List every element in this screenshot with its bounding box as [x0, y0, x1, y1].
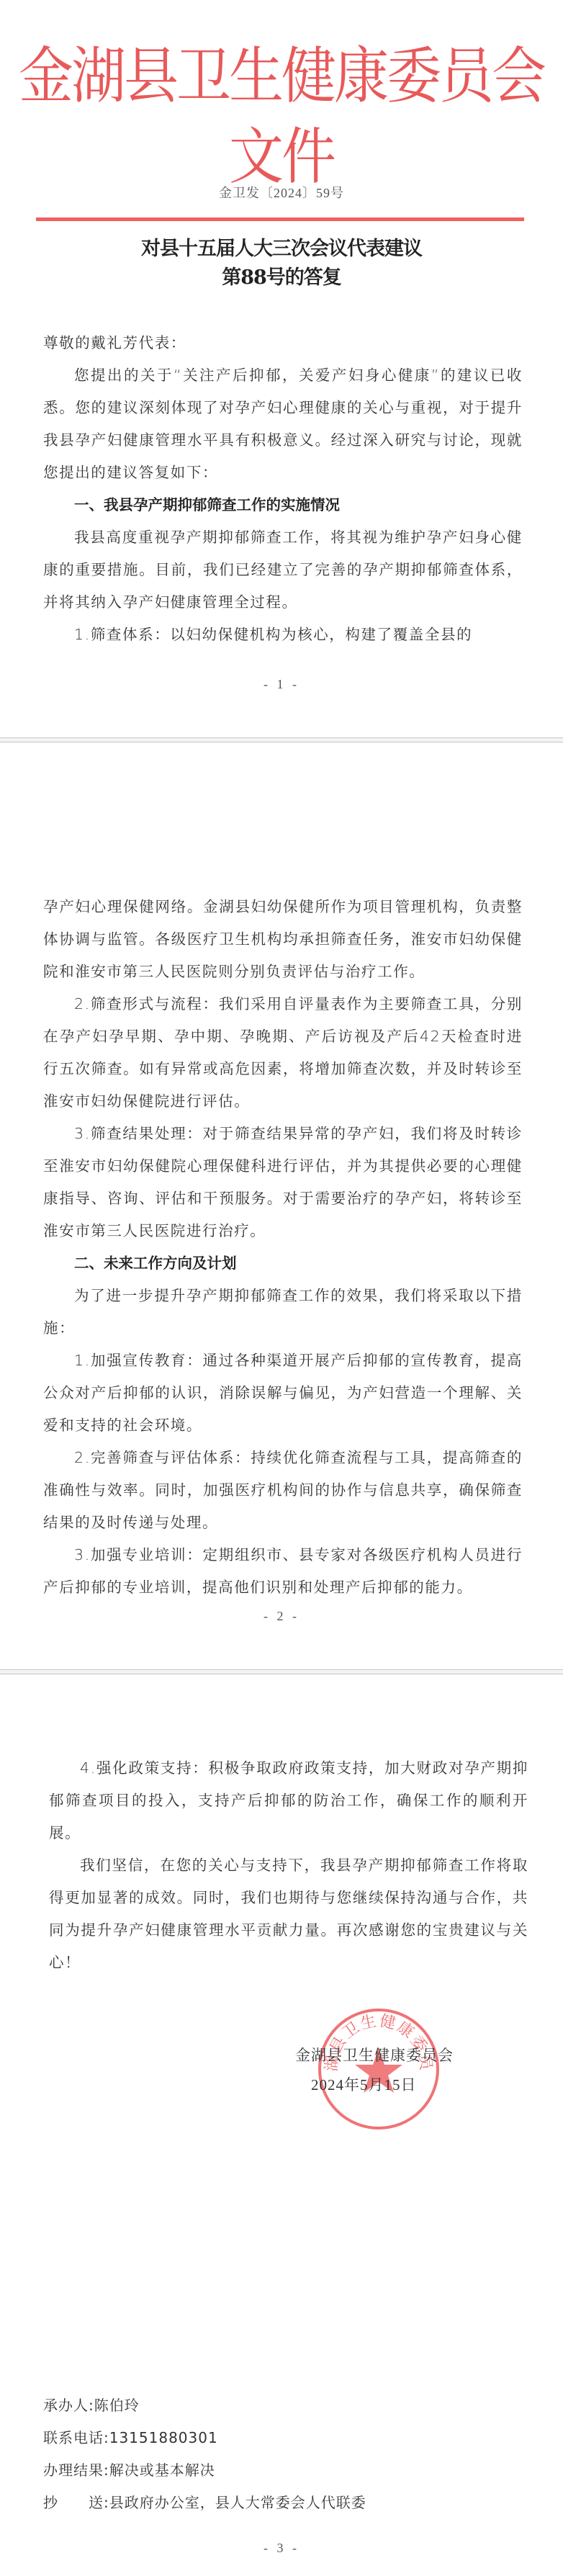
intro-paragraph: 您提出的关于“关注产后抑郁，关爱产妇身心健康”的建议已收悉。您的建议深刻体现了对…: [43, 359, 523, 489]
page-1-body: 尊敬的戴礼芳代表： 您提出的关于“关注产后抑郁，关爱产妇身心健康”的建议已收悉。…: [43, 327, 523, 651]
page-number-1: - 1 -: [0, 677, 563, 692]
subject-line-2: 第88号的答复: [0, 264, 563, 292]
section-2-intro: 为了进一步提升孕产期抑郁筛查工作的效果，我们将采取以下措施：: [43, 1280, 523, 1345]
official-seal-icon: 金湖县卫生健康委员会: [317, 2007, 441, 2131]
document-subject: 对县十五届人大三次会议代表建议 第88号的答复: [0, 235, 563, 292]
page-number-3: - 3 -: [0, 2541, 563, 2556]
page-separator: [0, 1669, 563, 1674]
section-1-heading: 一、我县孕产期抑郁筛查工作的实施情况: [43, 489, 523, 521]
page-3-body: 4.强化政策支持：积极争取政府政策支持，加大财政对孕产期抑郁筛查项目的投入，支持…: [49, 1752, 528, 1979]
section-1-item-3: 3.筛查结果处理：对于筛查结果异常的孕产妇，我们将及时转诊至淮安市妇幼保健院心理…: [43, 1118, 523, 1247]
section-1-item-1-start: 1.筛查体系：以妇幼保健机构为核心，构建了覆盖全县的: [43, 619, 523, 651]
document-number: 金卫发〔2024〕59号: [0, 183, 563, 202]
section-2-heading: 二、未来工作方向及计划: [43, 1247, 523, 1280]
page-number-2: - 2 -: [0, 1609, 563, 1624]
carbon-copy: 抄 送:县政府办公室，县人大常委会人代联委: [43, 2487, 366, 2519]
section-2-item-1: 1.加强宣传教育：通过各种渠道开展产后抑郁的宣传教育，提高公众对产后抑郁的认识，…: [43, 1345, 523, 1442]
footer-info: 承办人:陈伯玲 联系电话:13151880301 办理结果:解决或基本解决 抄 …: [43, 2389, 366, 2519]
page-2: 孕产妇心理保健网络。金湖县妇幼保健所作为项目管理机构，负责整体协调与监管。各级医…: [0, 742, 563, 1669]
issuer-title: 金湖县卫生健康委员会文件: [0, 36, 563, 197]
closing-paragraph: 我们坚信，在您的关心与支持下，我县孕产期抑郁筛查工作将取得更加显著的成效。同时，…: [49, 1849, 528, 1979]
red-divider: [36, 217, 524, 221]
page-1: 金湖县卫生健康委员会文件 金卫发〔2024〕59号 对县十五届人大三次会议代表建…: [0, 0, 563, 737]
contact-phone: 联系电话:13151880301: [43, 2422, 366, 2454]
subject-line-1: 对县十五届人大三次会议代表建议: [0, 235, 563, 264]
page-separator: [0, 737, 563, 742]
section-2-item-2: 2.完善筛查与评估体系：持续优化筛查流程与工具，提高筛查的准确性与效率。同时，加…: [43, 1442, 523, 1539]
section-2-item-4: 4.强化政策支持：积极争取政府政策支持，加大财政对孕产期抑郁筛查项目的投入，支持…: [49, 1752, 528, 1849]
section-2-item-3: 3.加强专业培训：定期组织市、县专家对各级医疗机构人员进行产后抑郁的专业培训，提…: [43, 1539, 523, 1604]
greeting: 尊敬的戴礼芳代表：: [43, 327, 523, 359]
section-1-item-2: 2.筛查形式与流程：我们采用自评量表作为主要筛查工具，分别在孕产妇孕早期、孕中期…: [43, 988, 523, 1118]
handler: 承办人:陈伯玲: [43, 2389, 366, 2422]
signing-organization: 金湖县卫生健康委员会: [295, 2044, 454, 2065]
section-1-item-1-cont: 孕产妇心理保健网络。金湖县妇幼保健所作为项目管理机构，负责整体协调与监管。各级医…: [43, 891, 523, 988]
section-1-intro: 我县高度重视孕产期抑郁筛查工作，将其视为维护孕产妇身心健康的重要措施。目前，我们…: [43, 521, 523, 619]
page-2-body: 孕产妇心理保健网络。金湖县妇幼保健所作为项目管理机构，负责整体协调与监管。各级医…: [43, 891, 523, 1604]
signing-date: 2024年5月15日: [311, 2073, 417, 2095]
handling-result: 办理结果:解决或基本解决: [43, 2454, 366, 2487]
